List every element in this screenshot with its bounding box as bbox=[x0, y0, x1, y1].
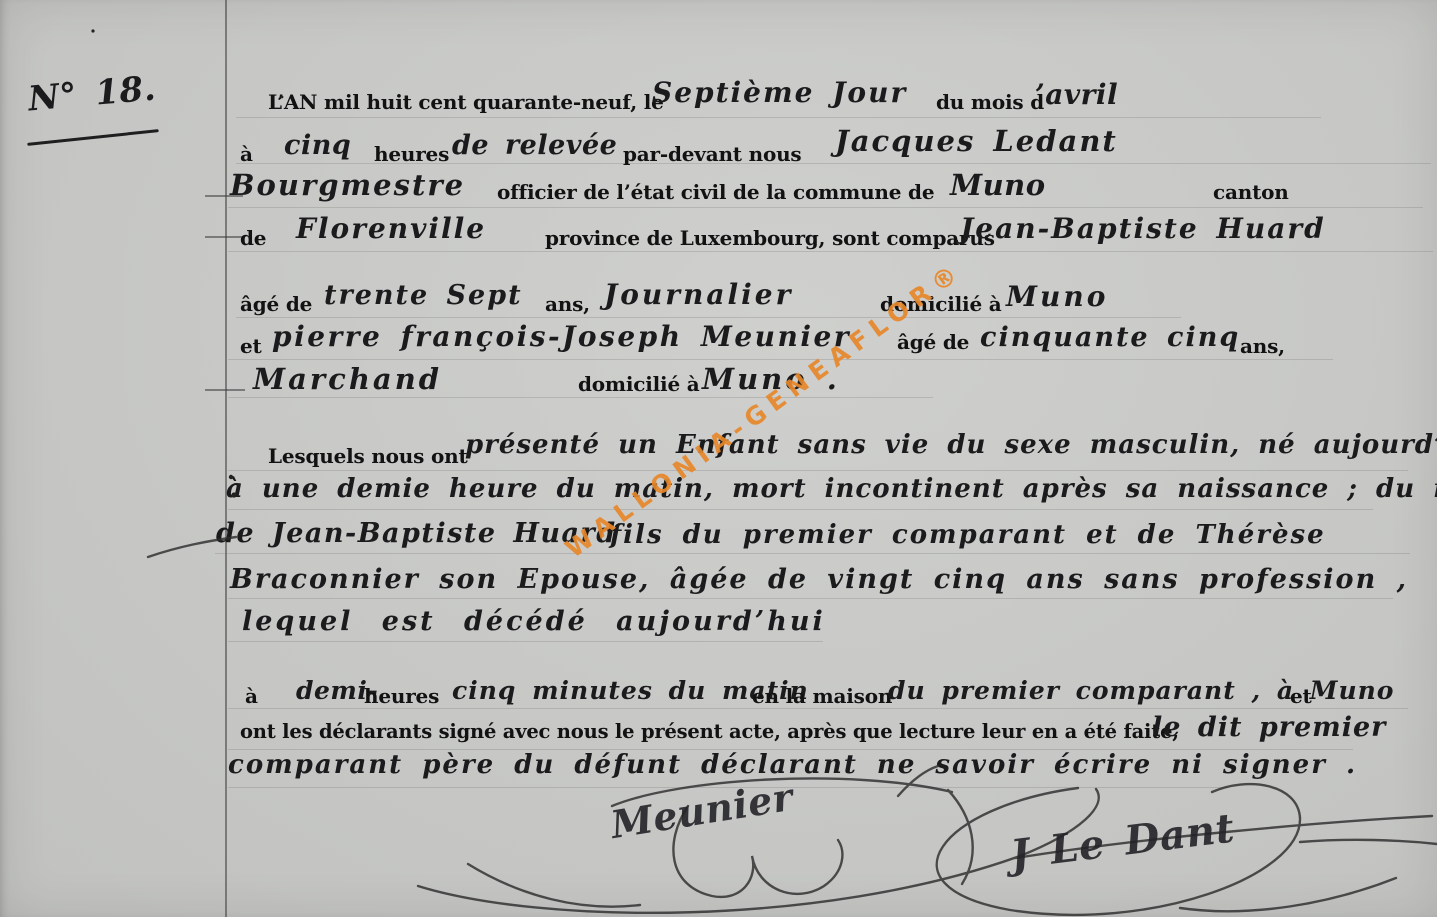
ruled-line bbox=[228, 708, 1408, 709]
handwritten-text: cinquante cinq bbox=[980, 322, 1240, 353]
ruled-line bbox=[236, 117, 1321, 118]
printed-text: à bbox=[240, 142, 253, 166]
handwritten-text: Septième Jour bbox=[652, 76, 907, 109]
civil-register-page: N° 18. L’AN mil huit cent quarante-neuf,… bbox=[0, 0, 1437, 917]
printed-text: domicilié à bbox=[578, 372, 700, 396]
handwritten-text: cinq bbox=[284, 130, 351, 161]
printed-text: ans, bbox=[1240, 334, 1285, 358]
handwritten-text: Marchand bbox=[253, 362, 442, 396]
printed-text: canton bbox=[1213, 180, 1289, 204]
printed-text: Lesquels nous ont bbox=[268, 444, 467, 468]
ruled-line bbox=[228, 359, 1333, 360]
ruled-line bbox=[228, 470, 1408, 471]
printed-text: officier de l’état civil de la commune d… bbox=[497, 180, 934, 204]
printed-text: heures bbox=[364, 684, 439, 708]
handwritten-text: présenté un Enfant sans vie du sexe masc… bbox=[465, 430, 1437, 460]
printed-text: ans, bbox=[545, 292, 590, 316]
ruled-line bbox=[215, 553, 1410, 554]
handwritten-text: du premier comparant , à Muno bbox=[888, 676, 1395, 705]
handwritten-text: de relevée bbox=[452, 130, 617, 161]
handwritten-text: ’avril bbox=[1035, 78, 1118, 111]
handwritten-text: Muno bbox=[950, 168, 1046, 202]
handwritten-text: trente Sept bbox=[324, 280, 523, 311]
signature-ledant: J Le Dant bbox=[1008, 804, 1237, 878]
ruled-line bbox=[228, 251, 1433, 252]
printed-text: de bbox=[240, 226, 266, 250]
printed-text: L’AN mil huit cent quarante-neuf, le bbox=[268, 90, 664, 114]
handwritten-text: Braconnier son Epouse, âgée de vingt cin… bbox=[230, 564, 1408, 595]
printed-text: province de Luxembourg, sont comparus bbox=[545, 226, 995, 250]
printed-text: par-devant nous bbox=[623, 142, 802, 166]
handwritten-text: lequel est décédé aujourd’hui bbox=[242, 606, 826, 637]
handwritten-text: à une demie heure du matin, mort inconti… bbox=[226, 474, 1437, 504]
handwritten-text: Bourgmestre bbox=[230, 168, 465, 202]
printed-text: ont les déclarants signé avec nous le pr… bbox=[240, 720, 1179, 743]
handwritten-text: Florenville bbox=[296, 212, 486, 245]
printed-text: et bbox=[1290, 684, 1312, 708]
handwritten-text: pierre françois-Joseph Meunier bbox=[272, 320, 851, 353]
signature-meunier: Meunier bbox=[608, 774, 796, 847]
act-number: N° 18. bbox=[27, 68, 158, 119]
ruled-line bbox=[205, 389, 245, 391]
printed-text: âgé de bbox=[240, 292, 312, 316]
ruled-line bbox=[228, 207, 1423, 208]
ruled-line bbox=[228, 641, 823, 642]
act-number-underline bbox=[27, 129, 159, 146]
handwritten-text: fils du premier comparant et de Thérèse bbox=[610, 520, 1326, 550]
printed-text: et bbox=[240, 334, 262, 358]
printed-text: du mois d bbox=[936, 90, 1044, 114]
handwritten-text: Jacques Ledant bbox=[835, 124, 1118, 158]
handwritten-text: comparant père du défunt déclarant ne sa… bbox=[228, 750, 1357, 780]
margin-rule bbox=[225, 0, 227, 917]
handwritten-text: le dit premier bbox=[1152, 712, 1386, 743]
printed-text: à bbox=[245, 684, 258, 708]
printed-text: en la maison bbox=[752, 684, 892, 708]
handwritten-text: Journalier bbox=[604, 278, 793, 311]
printed-text: âgé de bbox=[897, 330, 969, 354]
printed-text: heures bbox=[374, 142, 449, 166]
ruled-line bbox=[228, 509, 1373, 510]
handwritten-text: Muno bbox=[1006, 280, 1108, 313]
ruled-line bbox=[228, 397, 933, 398]
ruled-line bbox=[236, 317, 1181, 318]
ruled-line bbox=[205, 236, 243, 238]
handwritten-text: Jean-Baptiste Huard bbox=[960, 212, 1326, 245]
ruled-line bbox=[228, 598, 1393, 599]
handwritten-text: de Jean-Baptiste Huard bbox=[216, 518, 617, 549]
